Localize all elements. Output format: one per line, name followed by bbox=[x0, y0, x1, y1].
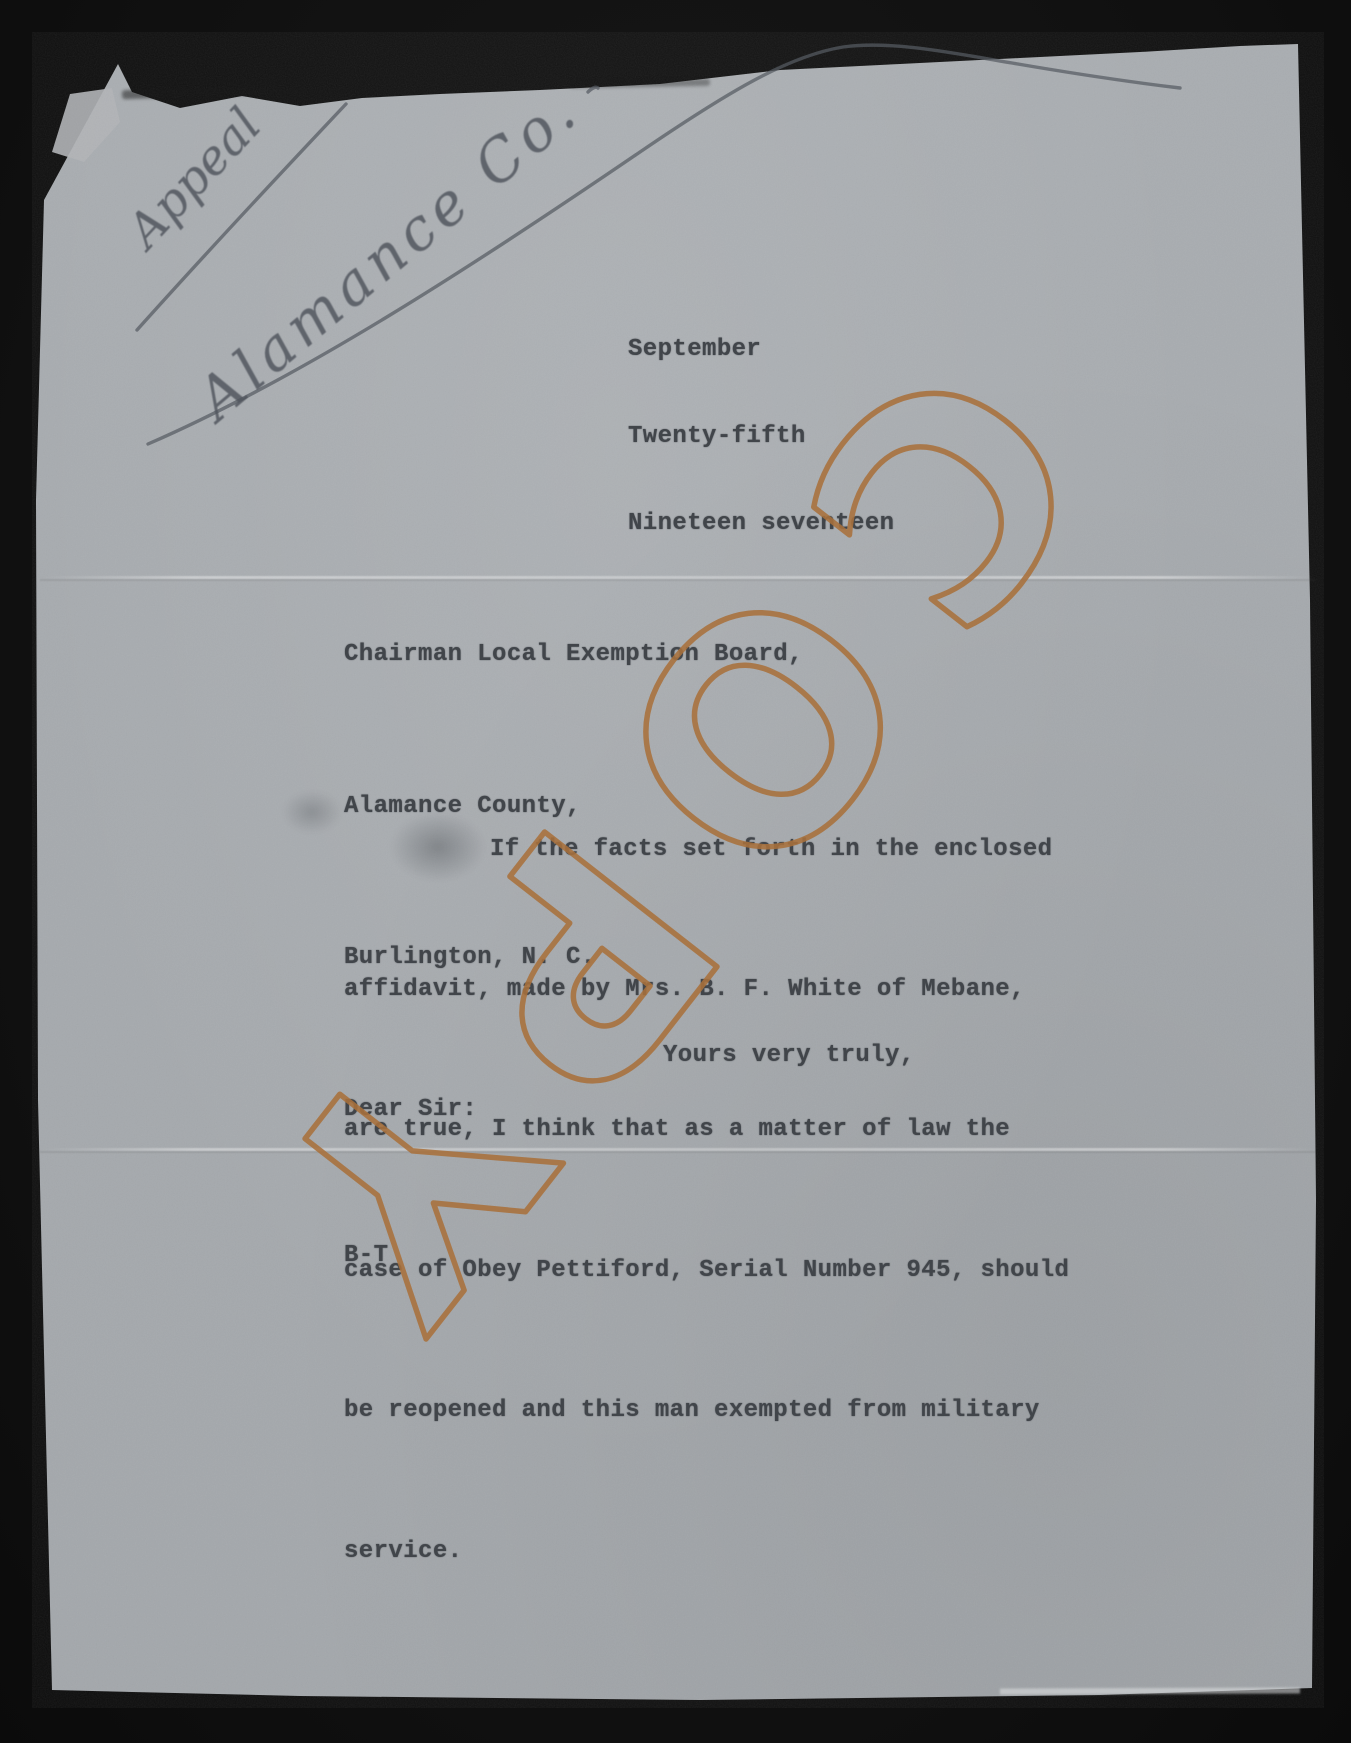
body-line: are true, I think that as a matter of la… bbox=[344, 1107, 1069, 1154]
body-line: affidavit, made by Mrs. B. F. White of M… bbox=[344, 967, 1069, 1014]
body-line: case of Obey Pettiford, Serial Number 94… bbox=[344, 1248, 1069, 1295]
closing-line: Yours very truly, bbox=[663, 1042, 915, 1069]
paper-bottom-edge-highlight bbox=[1000, 1687, 1300, 1694]
body-line: service. bbox=[344, 1529, 1069, 1576]
scanned-letter-page: Appeal Alamance Co. September Twenty-fif… bbox=[0, 0, 1351, 1743]
date-line: September bbox=[628, 335, 894, 364]
letter-body: If the facts set forth in the enclosed a… bbox=[344, 733, 1069, 1669]
body-line: If the facts set forth in the enclosed bbox=[344, 827, 1069, 874]
date-line: Twenty-fifth bbox=[628, 422, 894, 451]
body-line: be reopened and this man exempted from m… bbox=[344, 1388, 1069, 1435]
recipient-line: Chairman Local Exemption Board, bbox=[344, 630, 803, 681]
typist-initials: B-T bbox=[344, 1242, 388, 1269]
